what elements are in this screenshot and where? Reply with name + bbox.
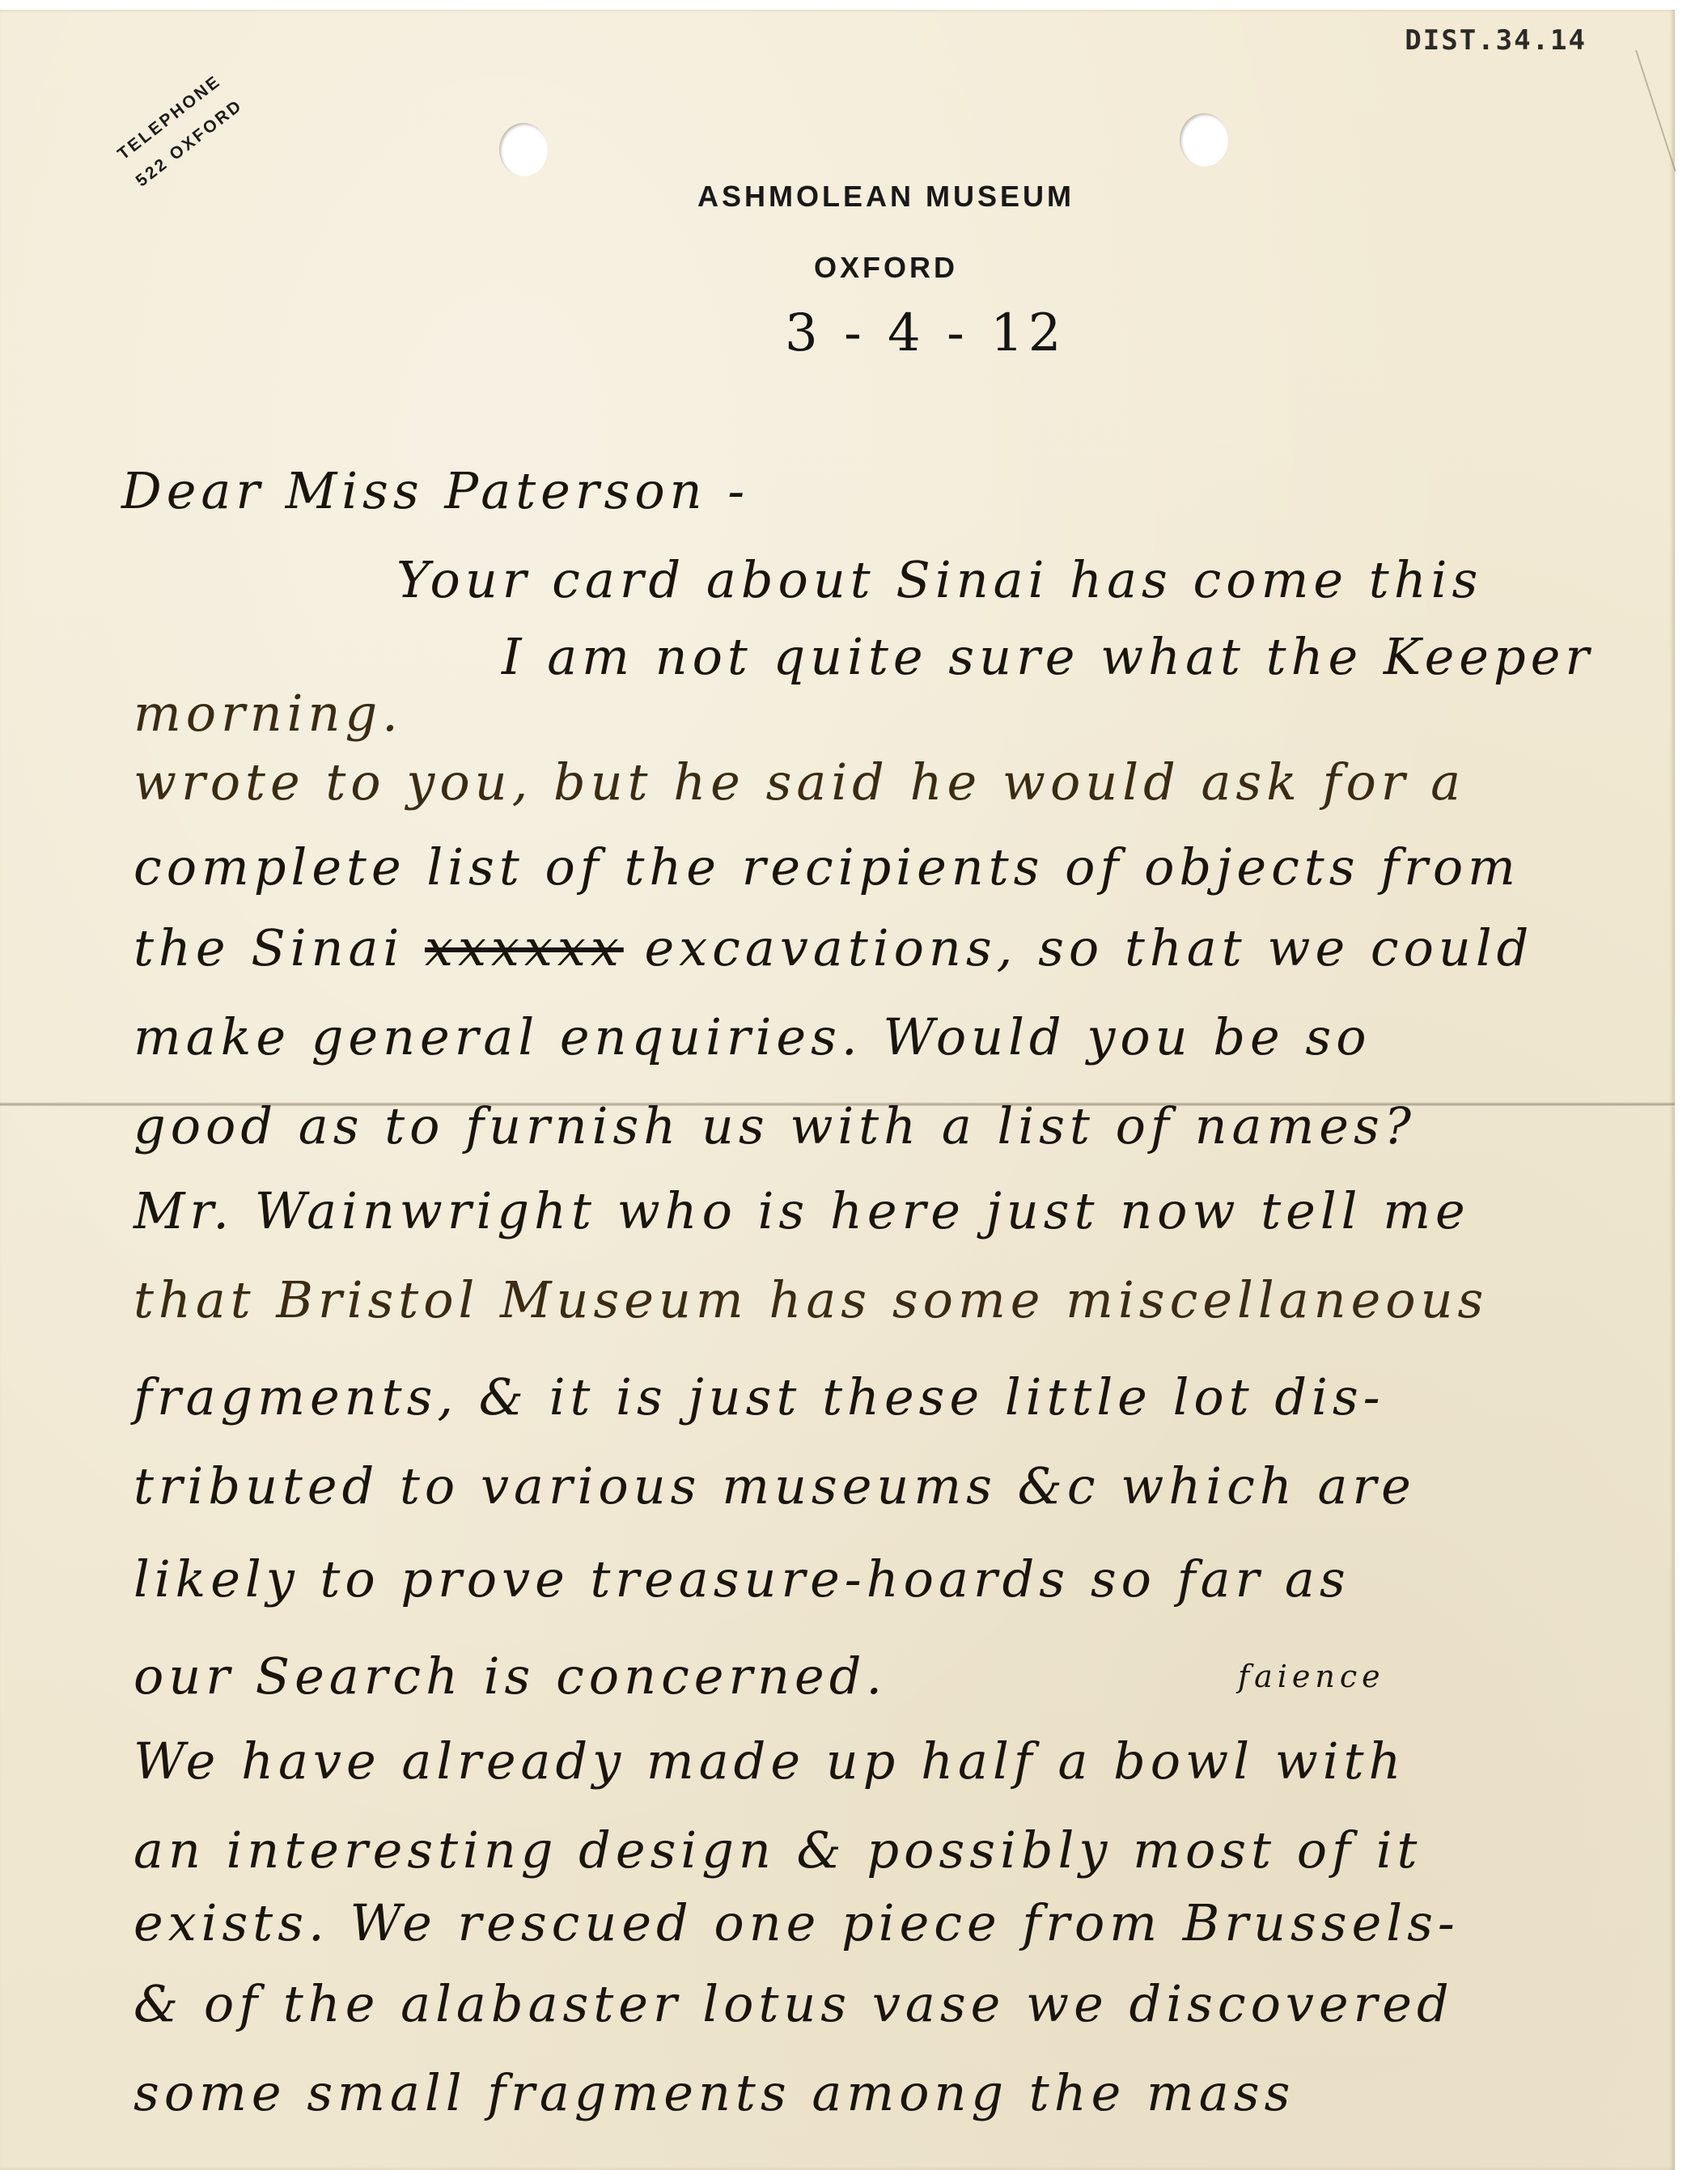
corner-crease [1635,50,1708,172]
body-line-11: fragments, & it is just these little lot… [134,1367,1385,1426]
punch-hole-right [1180,113,1228,167]
body-line-7: make general enquiries. Would you be so [134,1007,1371,1066]
body-line-6a: the Sinai xxxxxx excavations, so that we… [134,918,1533,977]
body-line-15: We have already made up half a bowl with [134,1731,1406,1791]
body-line-17: exists. We rescued one piece from Brusse… [134,1893,1460,1952]
body-line-13: likely to prove treasure-hoards so far a… [134,1549,1350,1608]
body-line-10: that Bristol Museum has some miscellaneo… [134,1270,1488,1329]
body-line-2: I am not quite sure what the Keeper [502,627,1594,686]
body-line-8: good as to furnish us with a list of nam… [134,1096,1416,1155]
body-line-12: tributed to various museums &c which are [134,1456,1416,1515]
body-line-6-start: the Sinai [134,918,404,977]
body-line-4: wrote to you, but he said he would ask f… [134,752,1465,812]
body-line-6-end: excavations, so that we could [645,918,1534,977]
body-line-3: morning. [134,684,403,743]
letterhead-city: OXFORD [0,251,1708,285]
body-line-1: Your card about Sinai has come this [396,550,1482,609]
punch-hole-left [499,123,548,176]
body-line-18: & of the alabaster lotus vase we discove… [134,1974,1454,2033]
letter-date: 3 - 4 - 12 [785,303,1066,363]
body-line-16: an interesting design & possibly most of… [134,1820,1422,1880]
salutation: Dear Miss Paterson - [121,461,749,520]
body-line-19: some small fragments among the mass [134,2063,1295,2122]
body-line-5: complete list of the recipients of objec… [134,837,1520,896]
insertion-faience: faience [1238,1659,1385,1694]
letterhead-institution: ASHMOLEAN MUSEUM [0,180,1708,214]
archive-reference-mark: DIST.34.14 [1405,24,1587,57]
body-line-14: our Search is concerned. [134,1647,887,1706]
struck-word: xxxxxx [425,918,624,977]
body-line-9: Mr. Wainwright who is here just now tell… [134,1181,1470,1240]
